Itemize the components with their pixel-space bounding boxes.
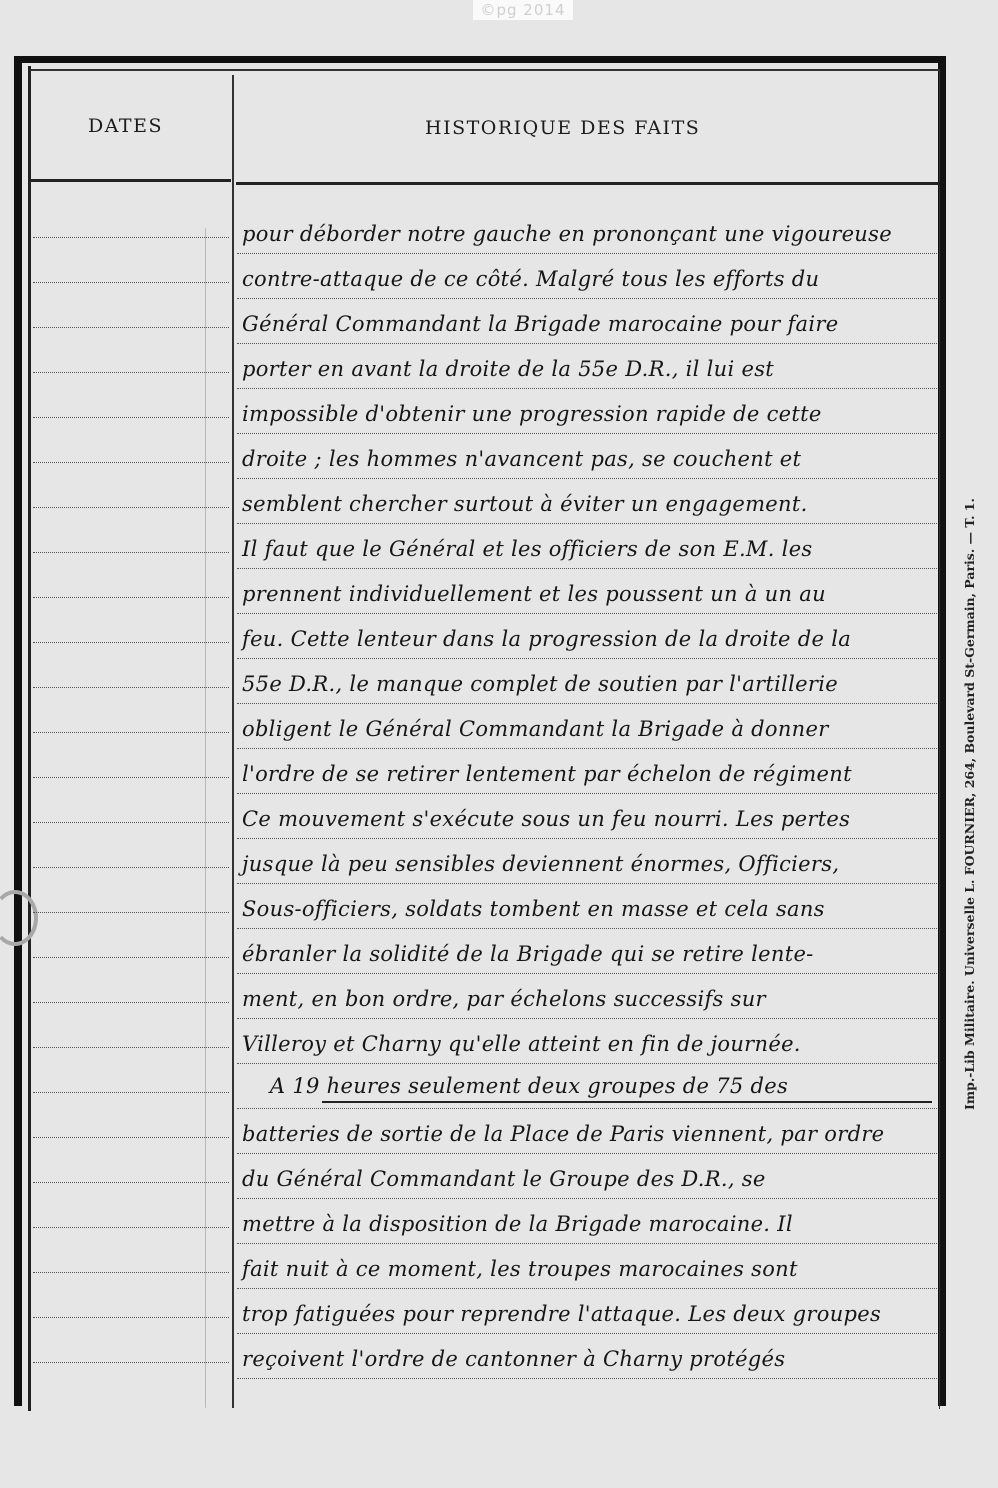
- ruled-line-faits: [237, 1063, 937, 1064]
- watermark: ©pg 2014: [473, 0, 573, 20]
- column-header-dates: DATES: [88, 115, 163, 137]
- text-line: ment, en bon ordre, par échelons success…: [242, 987, 942, 1011]
- ruled-line-dates: [33, 912, 229, 913]
- ruled-line-faits: [237, 1243, 937, 1244]
- ruled-line-dates: [33, 462, 229, 463]
- text-line: mettre à la disposition de la Brigade ma…: [242, 1212, 942, 1236]
- ruled-line-faits: [237, 1378, 937, 1379]
- text-line: prennent individuellement et les poussen…: [242, 582, 942, 606]
- ruled-line-dates: [33, 642, 229, 643]
- ruled-line-faits: [237, 1108, 937, 1109]
- ruled-line-faits: [237, 253, 937, 254]
- ruled-line-faits: [237, 568, 937, 569]
- ruled-line-dates: [33, 1092, 229, 1093]
- text-line: semblent chercher surtout à éviter un en…: [242, 492, 942, 516]
- column-divider: [232, 75, 234, 1408]
- text-line: Ce mouvement s'exécute sous un feu nourr…: [242, 807, 942, 831]
- ruled-line-faits: [237, 883, 937, 884]
- ruled-line-dates: [33, 1182, 229, 1183]
- text-line: feu. Cette lenteur dans la progression d…: [242, 627, 942, 651]
- text-line: contre-attaque de ce côté. Malgré tous l…: [242, 267, 942, 291]
- text-line: A 19 heures seulement deux groupes de 75…: [242, 1074, 942, 1098]
- text-line: fait nuit à ce moment, les troupes maroc…: [242, 1257, 942, 1281]
- ruled-line-dates: [33, 867, 229, 868]
- ruled-line-faits: [237, 1288, 937, 1289]
- ruled-line-faits: [237, 343, 937, 344]
- ruled-line-dates: [33, 777, 229, 778]
- ruled-line-dates: [33, 957, 229, 958]
- text-line: pour déborder notre gauche en prononçant…: [242, 222, 942, 246]
- text-line: batteries de sortie de la Place de Paris…: [242, 1122, 942, 1146]
- ruled-line-dates: [33, 1002, 229, 1003]
- text-line: l'ordre de se retirer lentement par éche…: [242, 762, 942, 786]
- text-line: porter en avant la droite de la 55e D.R.…: [242, 357, 942, 381]
- header-rule-dates: [30, 179, 231, 182]
- ruled-line-faits: [237, 1018, 937, 1019]
- ruled-line-dates: [33, 1047, 229, 1048]
- ruled-line-dates: [33, 372, 229, 373]
- ruled-line-faits: [237, 523, 937, 524]
- ruled-line-faits: [237, 388, 937, 389]
- text-line: Sous-officiers, soldats tombent en masse…: [242, 897, 942, 921]
- ruled-line-dates: [33, 282, 229, 283]
- header-rule-faits: [236, 182, 940, 185]
- ruled-line-faits: [237, 298, 937, 299]
- text-line: Général Commandant la Brigade marocaine …: [242, 312, 942, 336]
- ruled-line-faits: [237, 1198, 937, 1199]
- ruled-line-dates: [33, 1362, 229, 1363]
- left-frame-bar: [28, 66, 31, 1411]
- paragraph-underline: [322, 1101, 932, 1103]
- ruled-line-faits: [237, 703, 937, 704]
- text-line: reçoivent l'ordre de cantonner à Charny …: [242, 1347, 942, 1371]
- ruled-line-faits: [237, 973, 937, 974]
- ruled-line-dates: [33, 1137, 229, 1138]
- text-line: droite ; les hommes n'avancent pas, se c…: [242, 447, 942, 471]
- column-header-historique: HISTORIQUE DES FAITS: [425, 117, 700, 139]
- pencil-margin-line: [205, 228, 208, 1408]
- text-line: du Général Commandant le Groupe des D.R.…: [242, 1167, 942, 1191]
- ruled-line-faits: [237, 928, 937, 929]
- text-line: obligent le Général Commandant la Brigad…: [242, 717, 942, 741]
- ruled-line-dates: [33, 597, 229, 598]
- ruled-line-dates: [33, 1227, 229, 1228]
- ruled-line-dates: [33, 822, 229, 823]
- ruled-line-dates: [33, 237, 229, 238]
- text-line: ébranler la solidité de la Brigade qui s…: [242, 942, 942, 966]
- text-line: trop fatiguées pour reprendre l'attaque.…: [242, 1302, 942, 1326]
- text-line: impossible d'obtenir une progression rap…: [242, 402, 942, 426]
- ruled-line-faits: [237, 748, 937, 749]
- ruled-line-faits: [237, 1153, 937, 1154]
- ruled-line-dates: [33, 507, 229, 508]
- text-line: Villeroy et Charny qu'elle atteint en fi…: [242, 1032, 942, 1056]
- ruled-line-faits: [237, 613, 937, 614]
- text-line: Il faut que le Général et les officiers …: [242, 537, 942, 561]
- ruled-line-faits: [237, 478, 937, 479]
- ruled-line-dates: [33, 1272, 229, 1273]
- ruled-line-dates: [33, 327, 229, 328]
- ruled-line-dates: [33, 552, 229, 553]
- ruled-line-dates: [33, 687, 229, 688]
- printer-imprint: Imp.-Lib Militaire. Universelle L. FOURN…: [962, 498, 977, 1110]
- text-line: jusque là peu sensibles deviennent énorm…: [242, 852, 942, 876]
- ruled-line-faits: [237, 658, 937, 659]
- ruled-line-dates: [33, 732, 229, 733]
- ruled-line-faits: [237, 838, 937, 839]
- ruled-line-dates: [33, 417, 229, 418]
- ruled-line-dates: [33, 1317, 229, 1318]
- ruled-line-faits: [237, 433, 937, 434]
- ruled-line-faits: [237, 1333, 937, 1334]
- text-line: 55e D.R., le manque complet de soutien p…: [242, 672, 942, 696]
- ruled-line-faits: [237, 793, 937, 794]
